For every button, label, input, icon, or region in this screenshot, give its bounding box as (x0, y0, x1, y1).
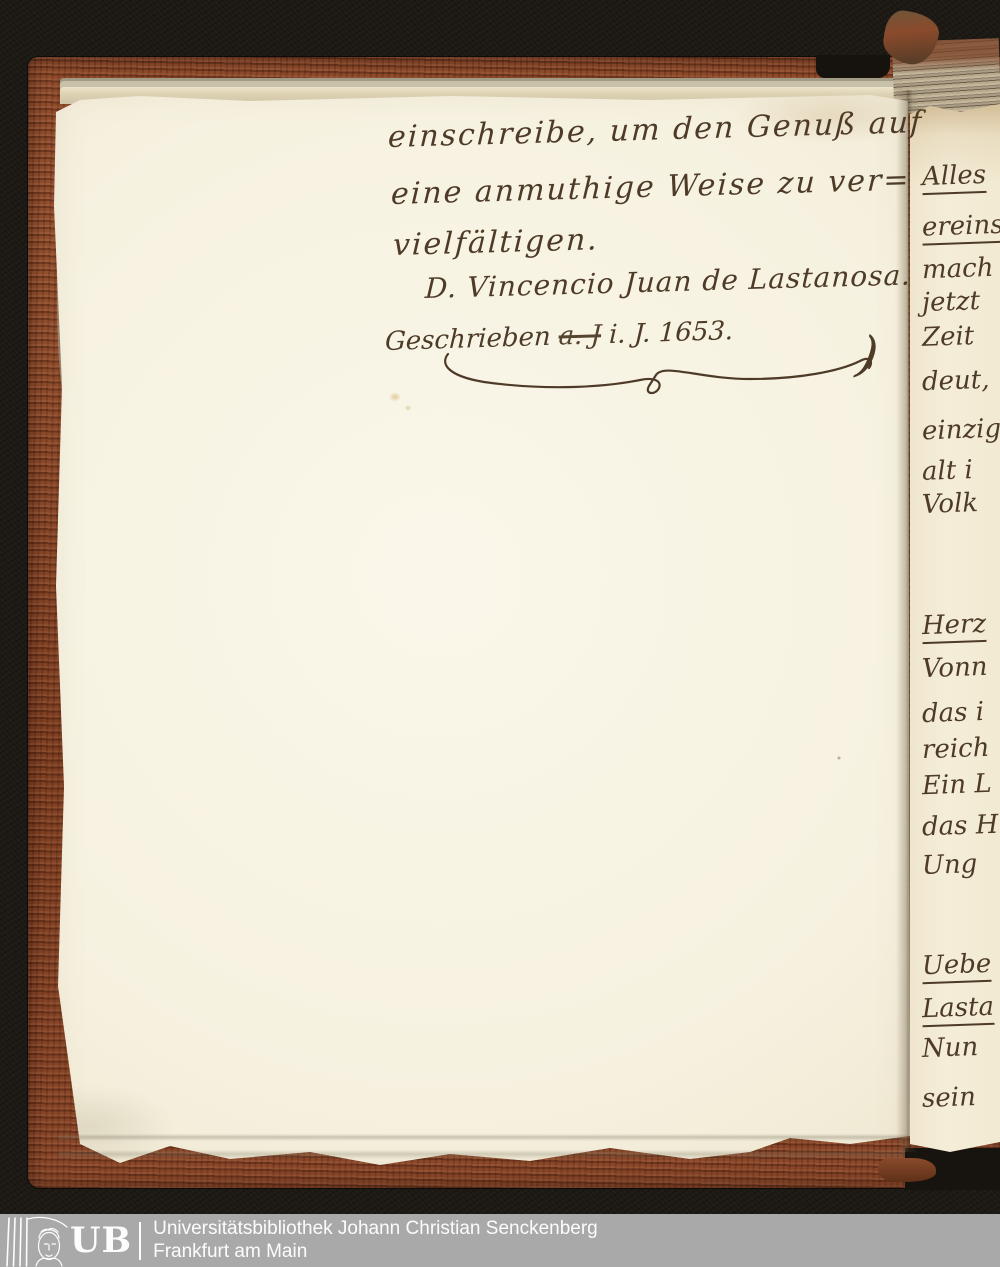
text-fragment: ereinst (921, 209, 1000, 245)
date-line-text: i. J. 1653. (608, 316, 733, 350)
text-fragment: jetzt (921, 286, 980, 318)
text-fragment: Ung (921, 849, 977, 881)
text-fragment: das H (921, 810, 998, 843)
struck-through-text: a. J (558, 320, 602, 351)
text-fragment: Herz (921, 609, 986, 644)
leather-corner-bit (878, 1158, 936, 1182)
text-fragment: Ein L (921, 769, 992, 801)
text-fragment: einzig (922, 414, 1000, 447)
text-fragment: deut, (921, 365, 990, 397)
logo-divider (139, 1222, 141, 1260)
text-fragment: Lasta (921, 992, 994, 1027)
scan-background: einschreibe, um den Genuß auf eine anmut… (0, 0, 1000, 1267)
text-fragment: Uebe (921, 949, 991, 984)
text-fragment: alt i (921, 455, 973, 487)
ink-flourish (438, 350, 878, 398)
text-fragment: Zeit (921, 321, 974, 353)
ub-logo-text: UB (70, 1223, 132, 1258)
ub-logo: UB (0, 1214, 153, 1267)
text-fragment: Volk (921, 488, 978, 520)
library-footer-bar: UB Universitätsbibliothek Johann Christi… (0, 1214, 1000, 1267)
text-fragment: mach (921, 253, 993, 285)
library-city: Frankfurt am Main (153, 1241, 598, 1263)
background-notch (816, 55, 890, 78)
library-name: Universitätsbibliothek Johann Christian … (153, 1218, 598, 1240)
handwritten-line: vielfältigen. (392, 222, 599, 263)
text-fragment: reich (921, 733, 989, 765)
text-fragment: sein (921, 1082, 976, 1114)
book-spines-and-goethe-portrait-icon (2, 1214, 68, 1267)
text-fragment: Vonn (921, 652, 988, 684)
text-fragment: Nun (921, 1032, 978, 1064)
text-fragment: das i (921, 697, 984, 729)
text-fragment: Alles (921, 160, 986, 195)
